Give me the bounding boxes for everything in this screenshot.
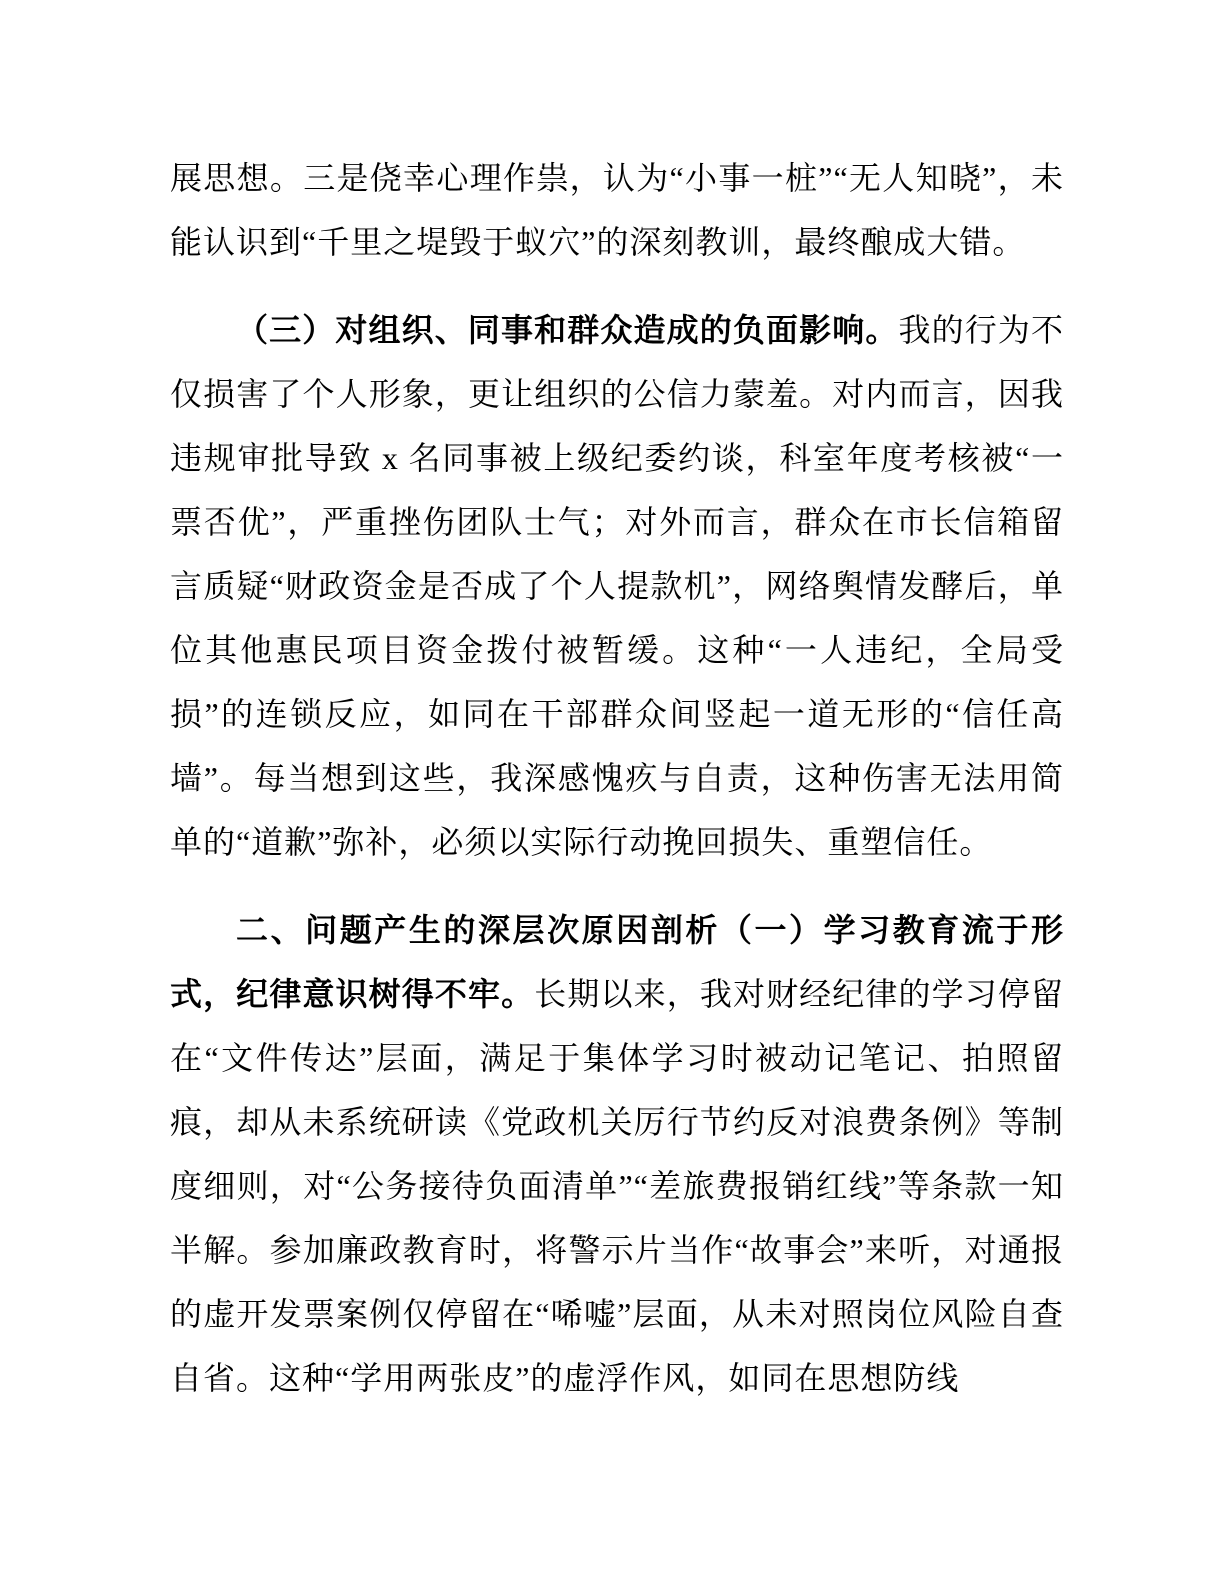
paragraph: （三）对组织、同事和群众造成的负面影响。我的行为不仅损害了个人形象，更让组织的公… xyxy=(170,298,1064,874)
text-run: 长期以来，我对财经纪律的学习停留在“文件传达”层面，满足于集体学习时被动记笔记、… xyxy=(170,976,1064,1396)
text-run: 我的行为不仅损害了个人形象，更让组织的公信力蒙羞。对内而言，因我违规审批导致 x… xyxy=(170,312,1064,860)
paragraph: 展思想。三是侥幸心理作祟，认为“小事一桩”“无人知晓”，未能认识到“千里之堤毁于… xyxy=(170,146,1064,274)
heading-run: （三）对组织、同事和群众造成的负面影响。 xyxy=(236,312,898,348)
document-body: 展思想。三是侥幸心理作祟，认为“小事一桩”“无人知晓”，未能认识到“千里之堤毁于… xyxy=(170,146,1064,1410)
paragraph: 二、问题产生的深层次原因剖析（一）学习教育流于形式，纪律意识树得不牢。长期以来，… xyxy=(170,898,1064,1410)
document-page: 展思想。三是侥幸心理作祟，认为“小事一桩”“无人知晓”，未能认识到“千里之堤毁于… xyxy=(0,0,1224,1584)
text-run: 展思想。三是侥幸心理作祟，认为“小事一桩”“无人知晓”，未能认识到“千里之堤毁于… xyxy=(170,160,1064,260)
